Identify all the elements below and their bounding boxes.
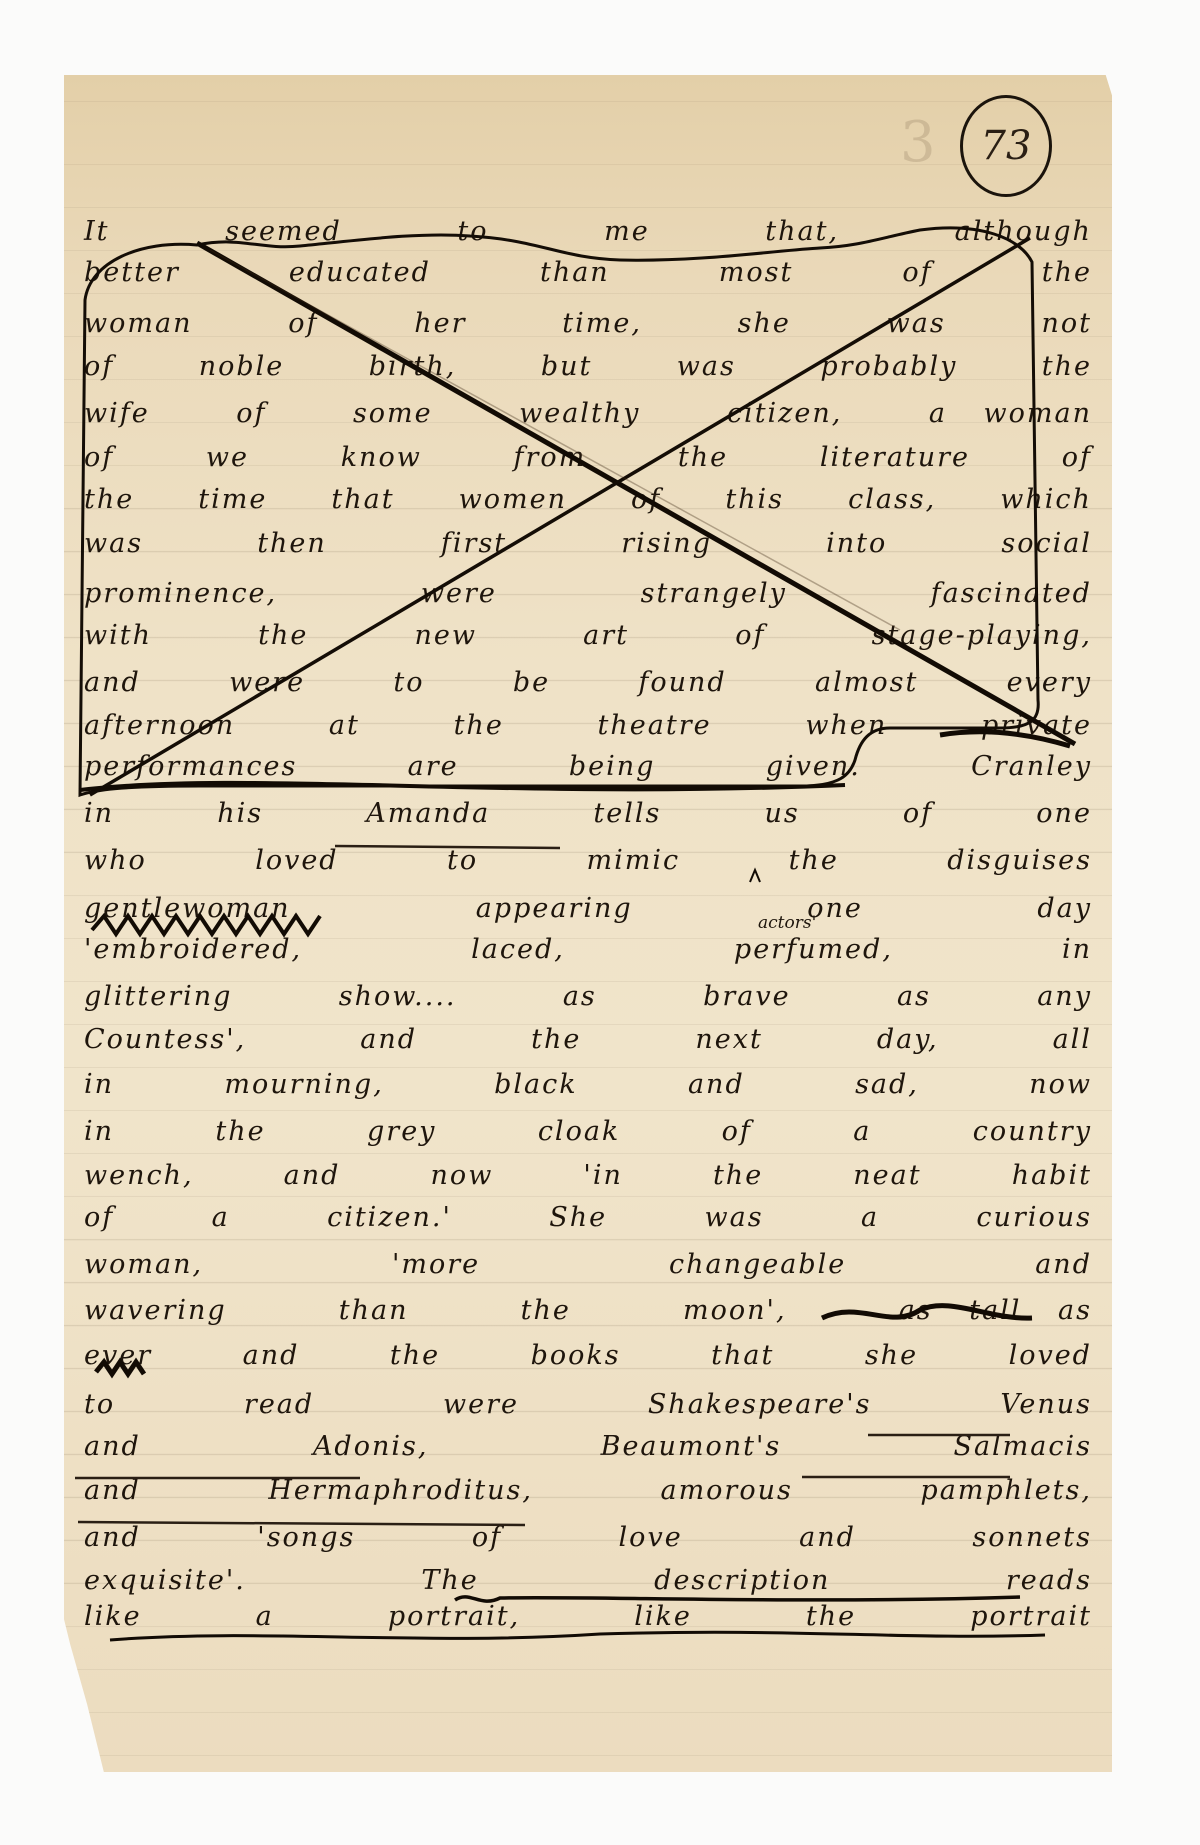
manuscript-word: she bbox=[738, 308, 791, 339]
manuscript-line: bettereducatedthanmostofthe bbox=[64, 257, 1112, 288]
manuscript-line: toreadwereShakespeare'sVenus bbox=[64, 1389, 1112, 1420]
manuscript-word: to bbox=[447, 845, 478, 876]
interlinear-insertion: actors' bbox=[758, 913, 816, 933]
manuscript-word: day bbox=[1037, 893, 1092, 924]
manuscript-word: reads bbox=[1006, 1565, 1092, 1596]
manuscript-word: and bbox=[360, 1024, 417, 1055]
manuscript-word: the bbox=[678, 442, 728, 473]
manuscript-word: and bbox=[243, 1340, 300, 1371]
manuscript-word: and bbox=[284, 1160, 341, 1191]
manuscript-word: the bbox=[1042, 257, 1092, 288]
manuscript-word: the bbox=[84, 484, 134, 515]
manuscript-word: mimic bbox=[587, 845, 681, 876]
manuscript-word: with bbox=[84, 620, 152, 651]
manuscript-word: then bbox=[257, 528, 327, 559]
manuscript-word: wife bbox=[84, 398, 150, 429]
manuscript-word: sad, bbox=[855, 1069, 919, 1100]
manuscript-line: womanofhertime,shewasnot bbox=[64, 308, 1112, 339]
manuscript-line: andweretobefoundalmostevery bbox=[64, 667, 1112, 698]
manuscript-word: the bbox=[1042, 351, 1092, 382]
manuscript-word: and bbox=[84, 667, 141, 698]
manuscript-word: changeable bbox=[669, 1249, 846, 1280]
manuscript-word: every bbox=[1007, 667, 1092, 698]
manuscript-word: Salmacis bbox=[953, 1431, 1092, 1462]
manuscript-word: were bbox=[421, 578, 497, 609]
manuscript-line: performancesarebeinggiven.Cranley bbox=[64, 751, 1112, 782]
manuscript-word: She bbox=[549, 1202, 607, 1233]
manuscript-word: some bbox=[353, 398, 433, 429]
manuscript-word: the bbox=[713, 1160, 763, 1191]
manuscript-word: next bbox=[695, 1024, 762, 1055]
manuscript-word: time, bbox=[562, 308, 642, 339]
manuscript-word: as bbox=[563, 981, 597, 1012]
manuscript-word: mourning, bbox=[224, 1069, 383, 1100]
manuscript-word: Cranley bbox=[971, 751, 1092, 782]
manuscript-word: habit bbox=[1012, 1160, 1092, 1191]
manuscript-word: and bbox=[84, 1522, 141, 1553]
manuscript-word: us bbox=[764, 798, 799, 829]
manuscript-word: a bbox=[861, 1202, 879, 1233]
manuscript-word: of bbox=[472, 1522, 502, 1553]
manuscript-word: of bbox=[1062, 442, 1092, 473]
page-number-text: 73 bbox=[981, 123, 1032, 169]
manuscript-word: of bbox=[236, 398, 266, 429]
manuscript-word: of bbox=[722, 1116, 752, 1147]
manuscript-word: art bbox=[583, 620, 629, 651]
manuscript-word: woman bbox=[84, 308, 192, 339]
manuscript-word: the bbox=[454, 710, 504, 741]
manuscript-word: tells bbox=[593, 798, 661, 829]
manuscript-word: appearing bbox=[476, 893, 633, 924]
manuscript-word: a bbox=[256, 1601, 274, 1632]
manuscript-line: andHermaphroditus,amorouspamphlets, bbox=[64, 1475, 1112, 1506]
manuscript-line: inthegreycloakofacountry bbox=[64, 1116, 1112, 1147]
manuscript-word: in bbox=[84, 1116, 114, 1147]
manuscript-word: 'embroidered, bbox=[84, 934, 302, 965]
manuscript-word: she bbox=[865, 1340, 918, 1371]
manuscript-line: wench,andnow'intheneathabit bbox=[64, 1160, 1112, 1191]
manuscript-word: wench, bbox=[84, 1160, 194, 1191]
pencil-mark: 3 bbox=[900, 110, 936, 175]
manuscript-line: glitteringshow....asbraveasany bbox=[64, 981, 1112, 1012]
manuscript-word: loved bbox=[1009, 1340, 1092, 1371]
manuscript-word: laced, bbox=[471, 934, 565, 965]
manuscript-word: who bbox=[84, 845, 147, 876]
manuscript-word: when bbox=[805, 710, 887, 741]
manuscript-line: thetimethatwomenofthisclass,which bbox=[64, 484, 1112, 515]
manuscript-word: than bbox=[540, 257, 610, 288]
manuscript-word: me bbox=[604, 216, 650, 247]
manuscript-word: neat bbox=[853, 1160, 921, 1191]
manuscript-word: but bbox=[541, 351, 593, 382]
manuscript-word: in bbox=[84, 1069, 114, 1100]
manuscript-word: of bbox=[902, 257, 932, 288]
manuscript-word: and bbox=[84, 1431, 141, 1462]
manuscript-word: in bbox=[1062, 934, 1092, 965]
manuscript-word: rising bbox=[621, 528, 712, 559]
manuscript-word: now bbox=[431, 1160, 494, 1191]
manuscript-word: fascinated bbox=[931, 578, 1092, 609]
manuscript-page: 3 73 Itseemedtomethat,althoughbettereduc… bbox=[64, 75, 1112, 1772]
manuscript-word: all bbox=[1053, 1024, 1092, 1055]
manuscript-line: and'songsofloveandsonnets bbox=[64, 1522, 1112, 1553]
manuscript-word: that bbox=[711, 1340, 774, 1371]
manuscript-word: were bbox=[443, 1389, 519, 1420]
manuscript-word: description bbox=[654, 1565, 830, 1596]
manuscript-word: was bbox=[887, 308, 946, 339]
manuscript-word: the bbox=[789, 845, 839, 876]
manuscript-word: given. bbox=[766, 751, 861, 782]
manuscript-word: class, bbox=[848, 484, 936, 515]
manuscript-word: show.... bbox=[339, 981, 457, 1012]
manuscript-word: we bbox=[206, 442, 249, 473]
manuscript-word: of bbox=[735, 620, 765, 651]
manuscript-word: now bbox=[1029, 1069, 1092, 1100]
manuscript-line: inhisAmandatellsusofone bbox=[64, 798, 1112, 829]
manuscript-word: Venus bbox=[1000, 1389, 1092, 1420]
manuscript-word: any bbox=[1037, 981, 1092, 1012]
manuscript-word: citizen.' bbox=[327, 1202, 452, 1233]
manuscript-word: to bbox=[457, 216, 488, 247]
manuscript-word: country bbox=[973, 1116, 1092, 1147]
manuscript-word: know bbox=[341, 442, 422, 473]
manuscript-word: perfumed, bbox=[734, 934, 893, 965]
manuscript-word: curious bbox=[976, 1202, 1092, 1233]
manuscript-word: disguises bbox=[947, 845, 1092, 876]
manuscript-word: the bbox=[806, 1601, 856, 1632]
manuscript-word: 'more bbox=[392, 1249, 480, 1280]
manuscript-word: women bbox=[459, 484, 567, 515]
manuscript-word: portrait, bbox=[388, 1601, 520, 1632]
manuscript-word: read bbox=[244, 1389, 314, 1420]
manuscript-word: exquisite'. bbox=[84, 1565, 246, 1596]
manuscript-line: Itseemedtomethat,although bbox=[64, 216, 1112, 247]
manuscript-word: than bbox=[339, 1295, 409, 1326]
manuscript-word: cloak bbox=[538, 1116, 620, 1147]
manuscript-line: 'embroidered,laced,perfumed,in bbox=[64, 934, 1112, 965]
manuscript-word: like bbox=[84, 1601, 142, 1632]
manuscript-line: gentlewoman,appearingoneday bbox=[64, 893, 1112, 924]
manuscript-word: pamphlets, bbox=[920, 1475, 1092, 1506]
manuscript-line: ofacitizen.'Shewasacurious bbox=[64, 1202, 1112, 1233]
manuscript-word: as tall as bbox=[899, 1295, 1092, 1326]
manuscript-word: and bbox=[688, 1069, 745, 1100]
manuscript-word: grey bbox=[367, 1116, 436, 1147]
manuscript-word: like bbox=[634, 1601, 692, 1632]
manuscript-word: and bbox=[1035, 1249, 1092, 1280]
manuscript-line: prominence,werestrangelyfascinated bbox=[64, 578, 1112, 609]
manuscript-word: one bbox=[1036, 798, 1092, 829]
manuscript-line: waveringthanthemoon',as tall as bbox=[64, 1295, 1112, 1326]
manuscript-word: the bbox=[258, 620, 308, 651]
manuscript-word: in bbox=[84, 798, 114, 829]
manuscript-word: glittering bbox=[84, 981, 232, 1012]
manuscript-word: amorous bbox=[660, 1475, 792, 1506]
manuscript-word: brave bbox=[703, 981, 791, 1012]
manuscript-word: of bbox=[84, 442, 114, 473]
manuscript-word: to bbox=[84, 1389, 115, 1420]
manuscript-word: which bbox=[1000, 484, 1092, 515]
manuscript-word: was bbox=[677, 351, 736, 382]
manuscript-line: Countess',andthenextday,all bbox=[64, 1024, 1112, 1055]
manuscript-word: and bbox=[799, 1522, 856, 1553]
manuscript-word: private bbox=[981, 710, 1092, 741]
manuscript-word: better bbox=[84, 257, 180, 288]
manuscript-word: It bbox=[84, 216, 110, 247]
manuscript-word: prominence, bbox=[84, 578, 277, 609]
manuscript-word: 'in bbox=[583, 1160, 622, 1191]
manuscript-word: of bbox=[631, 484, 661, 515]
manuscript-word: seemed bbox=[225, 216, 342, 247]
manuscript-word: Hermaphroditus, bbox=[268, 1475, 533, 1506]
manuscript-word: are bbox=[408, 751, 459, 782]
manuscript-word: most bbox=[719, 257, 794, 288]
manuscript-word: noble bbox=[199, 351, 285, 382]
manuscript-word: wealthy bbox=[519, 398, 640, 429]
manuscript-line: ofweknowfromtheliteratureof bbox=[64, 442, 1112, 473]
manuscript-word: Amanda bbox=[366, 798, 490, 829]
manuscript-word: The bbox=[421, 1565, 478, 1596]
manuscript-word: literature bbox=[820, 442, 970, 473]
manuscript-word: of bbox=[903, 798, 933, 829]
manuscript-word: performances bbox=[84, 751, 297, 782]
manuscript-word: birth, bbox=[369, 351, 457, 382]
manuscript-line: inmourning,blackandsad,now bbox=[64, 1069, 1112, 1100]
manuscript-word: loved bbox=[255, 845, 338, 876]
manuscript-word: the bbox=[531, 1024, 581, 1055]
manuscript-word: that, bbox=[765, 216, 839, 247]
manuscript-word: being bbox=[569, 751, 656, 782]
manuscript-word: was bbox=[705, 1202, 764, 1233]
manuscript-word: be bbox=[513, 667, 550, 698]
manuscript-line: wasthenfirstrisingintosocial bbox=[64, 528, 1112, 559]
manuscript-word: a bbox=[853, 1116, 871, 1147]
manuscript-word: afternoon bbox=[84, 710, 235, 741]
manuscript-word: a bbox=[212, 1202, 230, 1233]
manuscript-word: citizen, bbox=[727, 398, 842, 429]
manuscript-line: likeaportrait,liketheportrait bbox=[64, 1601, 1112, 1632]
manuscript-word: of bbox=[84, 1202, 114, 1233]
manuscript-word: Beaumont's bbox=[601, 1431, 782, 1462]
circled-page-number: 73 bbox=[960, 95, 1052, 197]
manuscript-word: educated bbox=[289, 257, 431, 288]
manuscript-word: stage-playing, bbox=[872, 620, 1092, 651]
manuscript-word: as bbox=[897, 981, 931, 1012]
manuscript-word: the bbox=[390, 1340, 440, 1371]
manuscript-word: day, bbox=[877, 1024, 939, 1055]
manuscript-word: that bbox=[331, 484, 394, 515]
manuscript-word: at bbox=[329, 710, 360, 741]
manuscript-word: wavering bbox=[84, 1295, 227, 1326]
manuscript-word: black bbox=[494, 1069, 578, 1100]
manuscript-word: books bbox=[531, 1340, 621, 1371]
manuscript-line: wholovedtomimicthedisguises bbox=[64, 845, 1112, 876]
manuscript-word: portrait bbox=[970, 1601, 1092, 1632]
manuscript-line: ofnoblebirth,butwasprobablythe bbox=[64, 351, 1112, 382]
manuscript-line: woman,'morechangeableand bbox=[64, 1249, 1112, 1280]
manuscript-line: everandthebooksthatsheloved bbox=[64, 1340, 1112, 1371]
manuscript-word: and bbox=[84, 1475, 141, 1506]
manuscript-word: the bbox=[215, 1116, 265, 1147]
manuscript-word: his bbox=[217, 798, 263, 829]
manuscript-word: Countess', bbox=[84, 1024, 246, 1055]
manuscript-word: sonnets bbox=[972, 1522, 1092, 1553]
manuscript-word: Shakespeare's bbox=[648, 1389, 872, 1420]
manuscript-word: not bbox=[1041, 308, 1092, 339]
manuscript-line: wifeofsomewealthycitizen,a woman bbox=[64, 398, 1112, 429]
manuscript-word: a woman bbox=[929, 398, 1092, 429]
manuscript-word: ever bbox=[84, 1340, 152, 1371]
manuscript-word: although bbox=[955, 216, 1092, 247]
manuscript-word: was bbox=[84, 528, 143, 559]
manuscript-word: almost bbox=[815, 667, 918, 698]
manuscript-word: of bbox=[288, 308, 318, 339]
manuscript-word: 'songs bbox=[257, 1522, 355, 1553]
manuscript-word: strangely bbox=[641, 578, 787, 609]
manuscript-word: probably bbox=[820, 351, 957, 382]
manuscript-word: first bbox=[441, 528, 507, 559]
manuscript-word: gentlewoman, bbox=[84, 893, 301, 924]
manuscript-word: moon', bbox=[683, 1295, 787, 1326]
manuscript-word: into bbox=[826, 528, 887, 559]
manuscript-word: social bbox=[1001, 528, 1092, 559]
manuscript-word: theatre bbox=[598, 710, 712, 741]
manuscript-word: new bbox=[415, 620, 477, 651]
manuscript-word: from bbox=[513, 442, 586, 473]
manuscript-word: woman, bbox=[84, 1249, 203, 1280]
manuscript-word: the bbox=[521, 1295, 571, 1326]
manuscript-word: this bbox=[725, 484, 784, 515]
manuscript-line: withthenewartofstage-playing, bbox=[64, 620, 1112, 651]
manuscript-word: Adonis, bbox=[313, 1431, 429, 1462]
manuscript-word: found bbox=[638, 667, 726, 698]
manuscript-word: time bbox=[198, 484, 267, 515]
manuscript-line: afternoonatthetheatrewhenprivate bbox=[64, 710, 1112, 741]
manuscript-line: exquisite'.Thedescriptionreads bbox=[64, 1565, 1112, 1596]
manuscript-word: love bbox=[619, 1522, 683, 1553]
manuscript-word: of bbox=[84, 351, 114, 382]
manuscript-word: her bbox=[414, 308, 466, 339]
manuscript-word: to bbox=[393, 667, 424, 698]
manuscript-line: andAdonis,Beaumont'sSalmacis bbox=[64, 1431, 1112, 1462]
manuscript-word: were bbox=[229, 667, 305, 698]
